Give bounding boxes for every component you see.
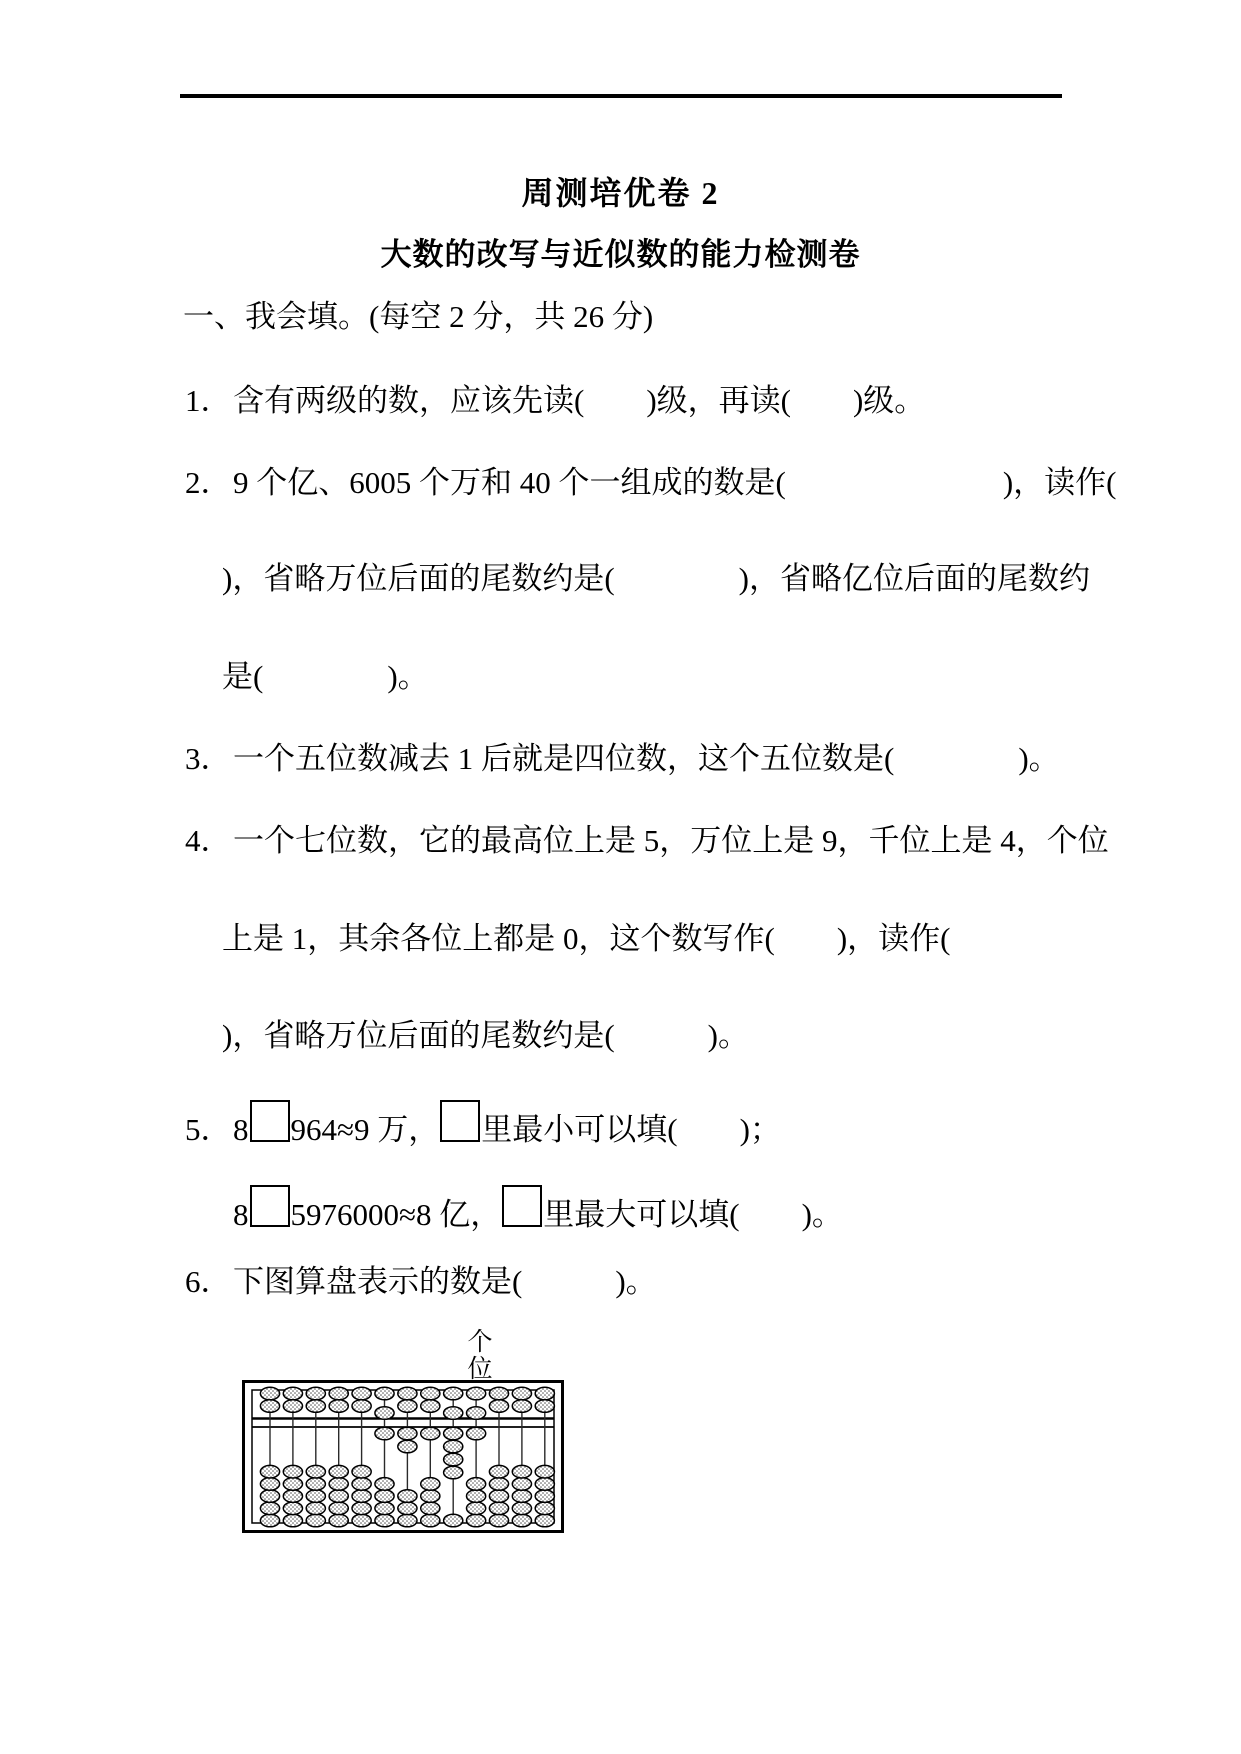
question-5-text-2a: 8 — [233, 1197, 249, 1232]
question-3: 3．一个五位数减去 1 后就是四位数，这个五位数是( )。 — [185, 742, 1060, 776]
top-rule-divider — [180, 94, 1062, 98]
question-2-line-2: )，省略万位后面的尾数约是( )，省略亿位后面的尾数约 — [222, 562, 1090, 596]
blank-box — [250, 1100, 290, 1142]
question-4-text-3: )，省略万位后面的尾数约是( )。 — [222, 1018, 749, 1053]
question-2-text-1: 9 个亿、6005 个万和 40 个一组成的数是( )，读作( — [233, 465, 1116, 500]
question-4-text-1: 一个七位数，它的最高位上是 5，万位上是 9，千位上是 4，个位 — [233, 823, 1109, 858]
question-2-line-1: 2．9 个亿、6005 个万和 40 个一组成的数是( )，读作( — [185, 466, 1116, 500]
question-5-text-1b: 964≈9 万， — [291, 1112, 440, 1147]
question-2-text-2: )，省略万位后面的尾数约是( )，省略亿位后面的尾数约 — [222, 561, 1090, 596]
question-2-number: 2． — [185, 466, 233, 500]
question-5-text-1a: 8 — [233, 1112, 249, 1147]
abacus-figure — [242, 1380, 564, 1533]
question-4-line-3: )，省略万位后面的尾数约是( )。 — [222, 1019, 749, 1053]
question-5-text-1c: 里最小可以填( )； — [481, 1112, 781, 1147]
question-5-line-1: 5．8964≈9 万，里最小可以填( )； — [185, 1100, 781, 1147]
question-1: 1．含有两级的数，应该先读( )级，再读( )级。 — [185, 384, 925, 418]
question-5-line-2: 85976000≈8 亿，里最大可以填( )。 — [233, 1185, 843, 1232]
question-6-text: 下图算盘表示的数是( )。 — [233, 1264, 657, 1299]
question-5-number: 5． — [185, 1113, 233, 1147]
page-title: 周测培优卷 2 — [0, 168, 1241, 214]
page-subtitle: 大数的改写与近似数的能力检测卷 — [0, 229, 1241, 274]
question-4-line-1: 4．一个七位数，它的最高位上是 5，万位上是 9，千位上是 4，个位 — [185, 824, 1109, 858]
question-3-number: 3． — [185, 742, 233, 776]
question-2-text-3: 是( )。 — [222, 659, 429, 694]
question-1-number: 1． — [185, 384, 233, 418]
worksheet-page: 周测培优卷 2 大数的改写与近似数的能力检测卷 一、我会填。(每空 2 分，共 … — [0, 0, 1241, 1754]
question-4-line-2: 上是 1，其余各位上都是 0，这个数写作( )，读作( — [222, 922, 950, 956]
question-5-text-2c: 里最大可以填( )。 — [543, 1197, 843, 1232]
question-6: 6．下图算盘表示的数是( )。 — [185, 1265, 657, 1299]
blank-box — [440, 1100, 480, 1142]
question-4-text-2: 上是 1，其余各位上都是 0，这个数写作( )，读作( — [222, 921, 950, 956]
blank-box — [502, 1185, 542, 1227]
question-2-line-3: 是( )。 — [222, 660, 429, 694]
section-heading: 一、我会填。(每空 2 分，共 26 分) — [183, 300, 653, 334]
blank-box — [250, 1185, 290, 1227]
question-6-number: 6． — [185, 1265, 233, 1299]
question-3-text: 一个五位数减去 1 后就是四位数，这个五位数是( )。 — [233, 741, 1060, 776]
question-1-text: 含有两级的数，应该先读( )级，再读( )级。 — [233, 383, 925, 418]
ones-place-label: 个位 — [462, 1328, 492, 1382]
question-4-number: 4． — [185, 824, 233, 858]
question-5-text-2b: 5976000≈8 亿， — [291, 1197, 502, 1232]
